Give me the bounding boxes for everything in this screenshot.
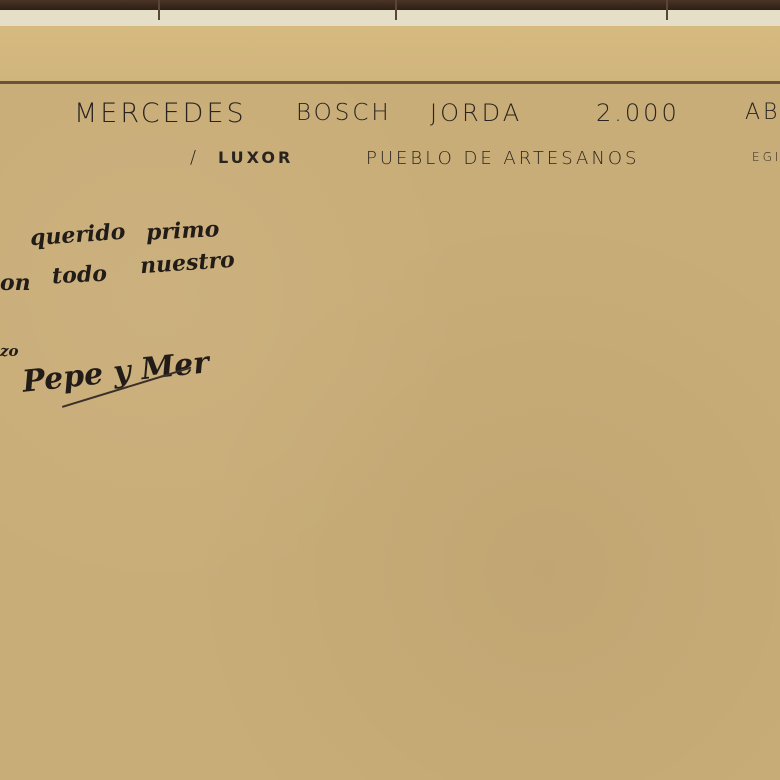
place-name: LUXOR	[218, 148, 293, 167]
artwork-title: PUEBLO DE ARTESANOS	[366, 148, 639, 169]
nail	[395, 0, 397, 20]
dedication-word: on	[0, 270, 31, 296]
artist-surname-2: JORDA	[430, 99, 522, 127]
nail	[666, 0, 668, 20]
frame-backing-strip	[0, 26, 780, 82]
backing-board	[0, 84, 780, 780]
artist-first-name: MERCEDES	[74, 98, 247, 129]
price: 2.000	[596, 99, 680, 127]
frame-inner-strip	[0, 10, 780, 26]
partial-text: EGI	[752, 150, 780, 164]
nail	[158, 0, 160, 20]
dedication-word: primo	[145, 216, 220, 246]
frame-edge	[0, 0, 780, 10]
dedication-word: todo	[51, 261, 107, 290]
dedication-word: zo	[0, 342, 19, 360]
partial-text: AB	[745, 100, 780, 125]
artist-surname-1: BOSCH	[296, 100, 392, 126]
slash: /	[190, 147, 199, 168]
